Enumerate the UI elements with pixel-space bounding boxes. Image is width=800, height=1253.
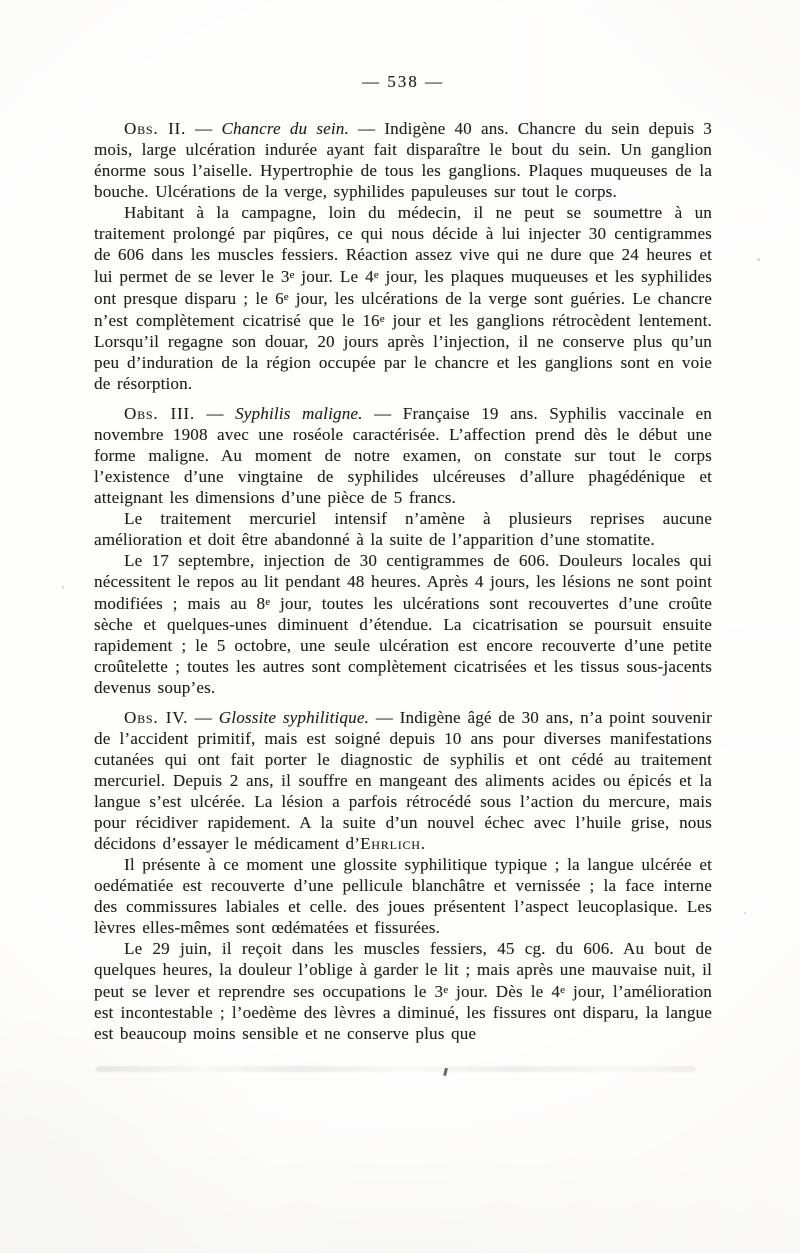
case-title: Syphilis maligne. [235,404,363,423]
obs-label: Obs. IV. [124,708,188,727]
scan-speck [757,258,760,261]
paragraph-obs-iii-mercurial: Le traitement mercuriel intensif n’amène… [94,508,712,550]
paragraph-obs-iv-presentation: Il présente à ce moment une glossite syp… [94,854,712,938]
body-text: Le traitement mercuriel intensif n’amène… [94,509,712,549]
ehrlich-smallcaps: Ehrlich [360,834,421,853]
paragraph-obs-iv: Obs. IV. — Glossite syphilitique. — Indi… [94,707,712,854]
body-text: jour. Dès le 4 [448,982,560,1001]
body-text: — Indigène âgé de 30 ans, n’a point souv… [94,708,712,853]
scanned-page: — 538 — Obs. II. — Chancre du sein. — In… [94,72,712,1044]
body-text: — [195,404,235,423]
paragraph-obs-ii-treatment: Habitant à la campagne, loin du médecin,… [94,202,712,394]
obs-label: Obs. III. [124,404,195,423]
paragraph-obs-iv-injection: Le 29 juin, il reçoit dans les muscles f… [94,938,712,1044]
case-title: Glossite syphilitique. [219,708,369,727]
body-text: . [421,834,425,853]
case-title: Chancre du sein. [221,119,349,138]
paragraph-obs-ii: Obs. II. — Chancre du sein. — Indigène 4… [94,118,712,202]
paragraph-obs-iii: Obs. III. — Syphilis maligne. — Français… [94,403,712,508]
scan-ink-mark [443,1068,448,1076]
body-text: jour. Le 4 [294,267,373,286]
body-text: Il présente à ce moment une glossite syp… [94,855,712,937]
scan-speck [62,586,64,589]
scan-speck [744,912,746,914]
scan-smudge [96,1066,696,1072]
body-text: — [186,119,221,138]
page-number: — 538 — [94,72,712,92]
paragraph-obs-iii-injection: Le 17 septembre, injection de 30 centigr… [94,550,712,698]
body-text: — [188,708,219,727]
obs-label: Obs. II. [124,119,186,138]
